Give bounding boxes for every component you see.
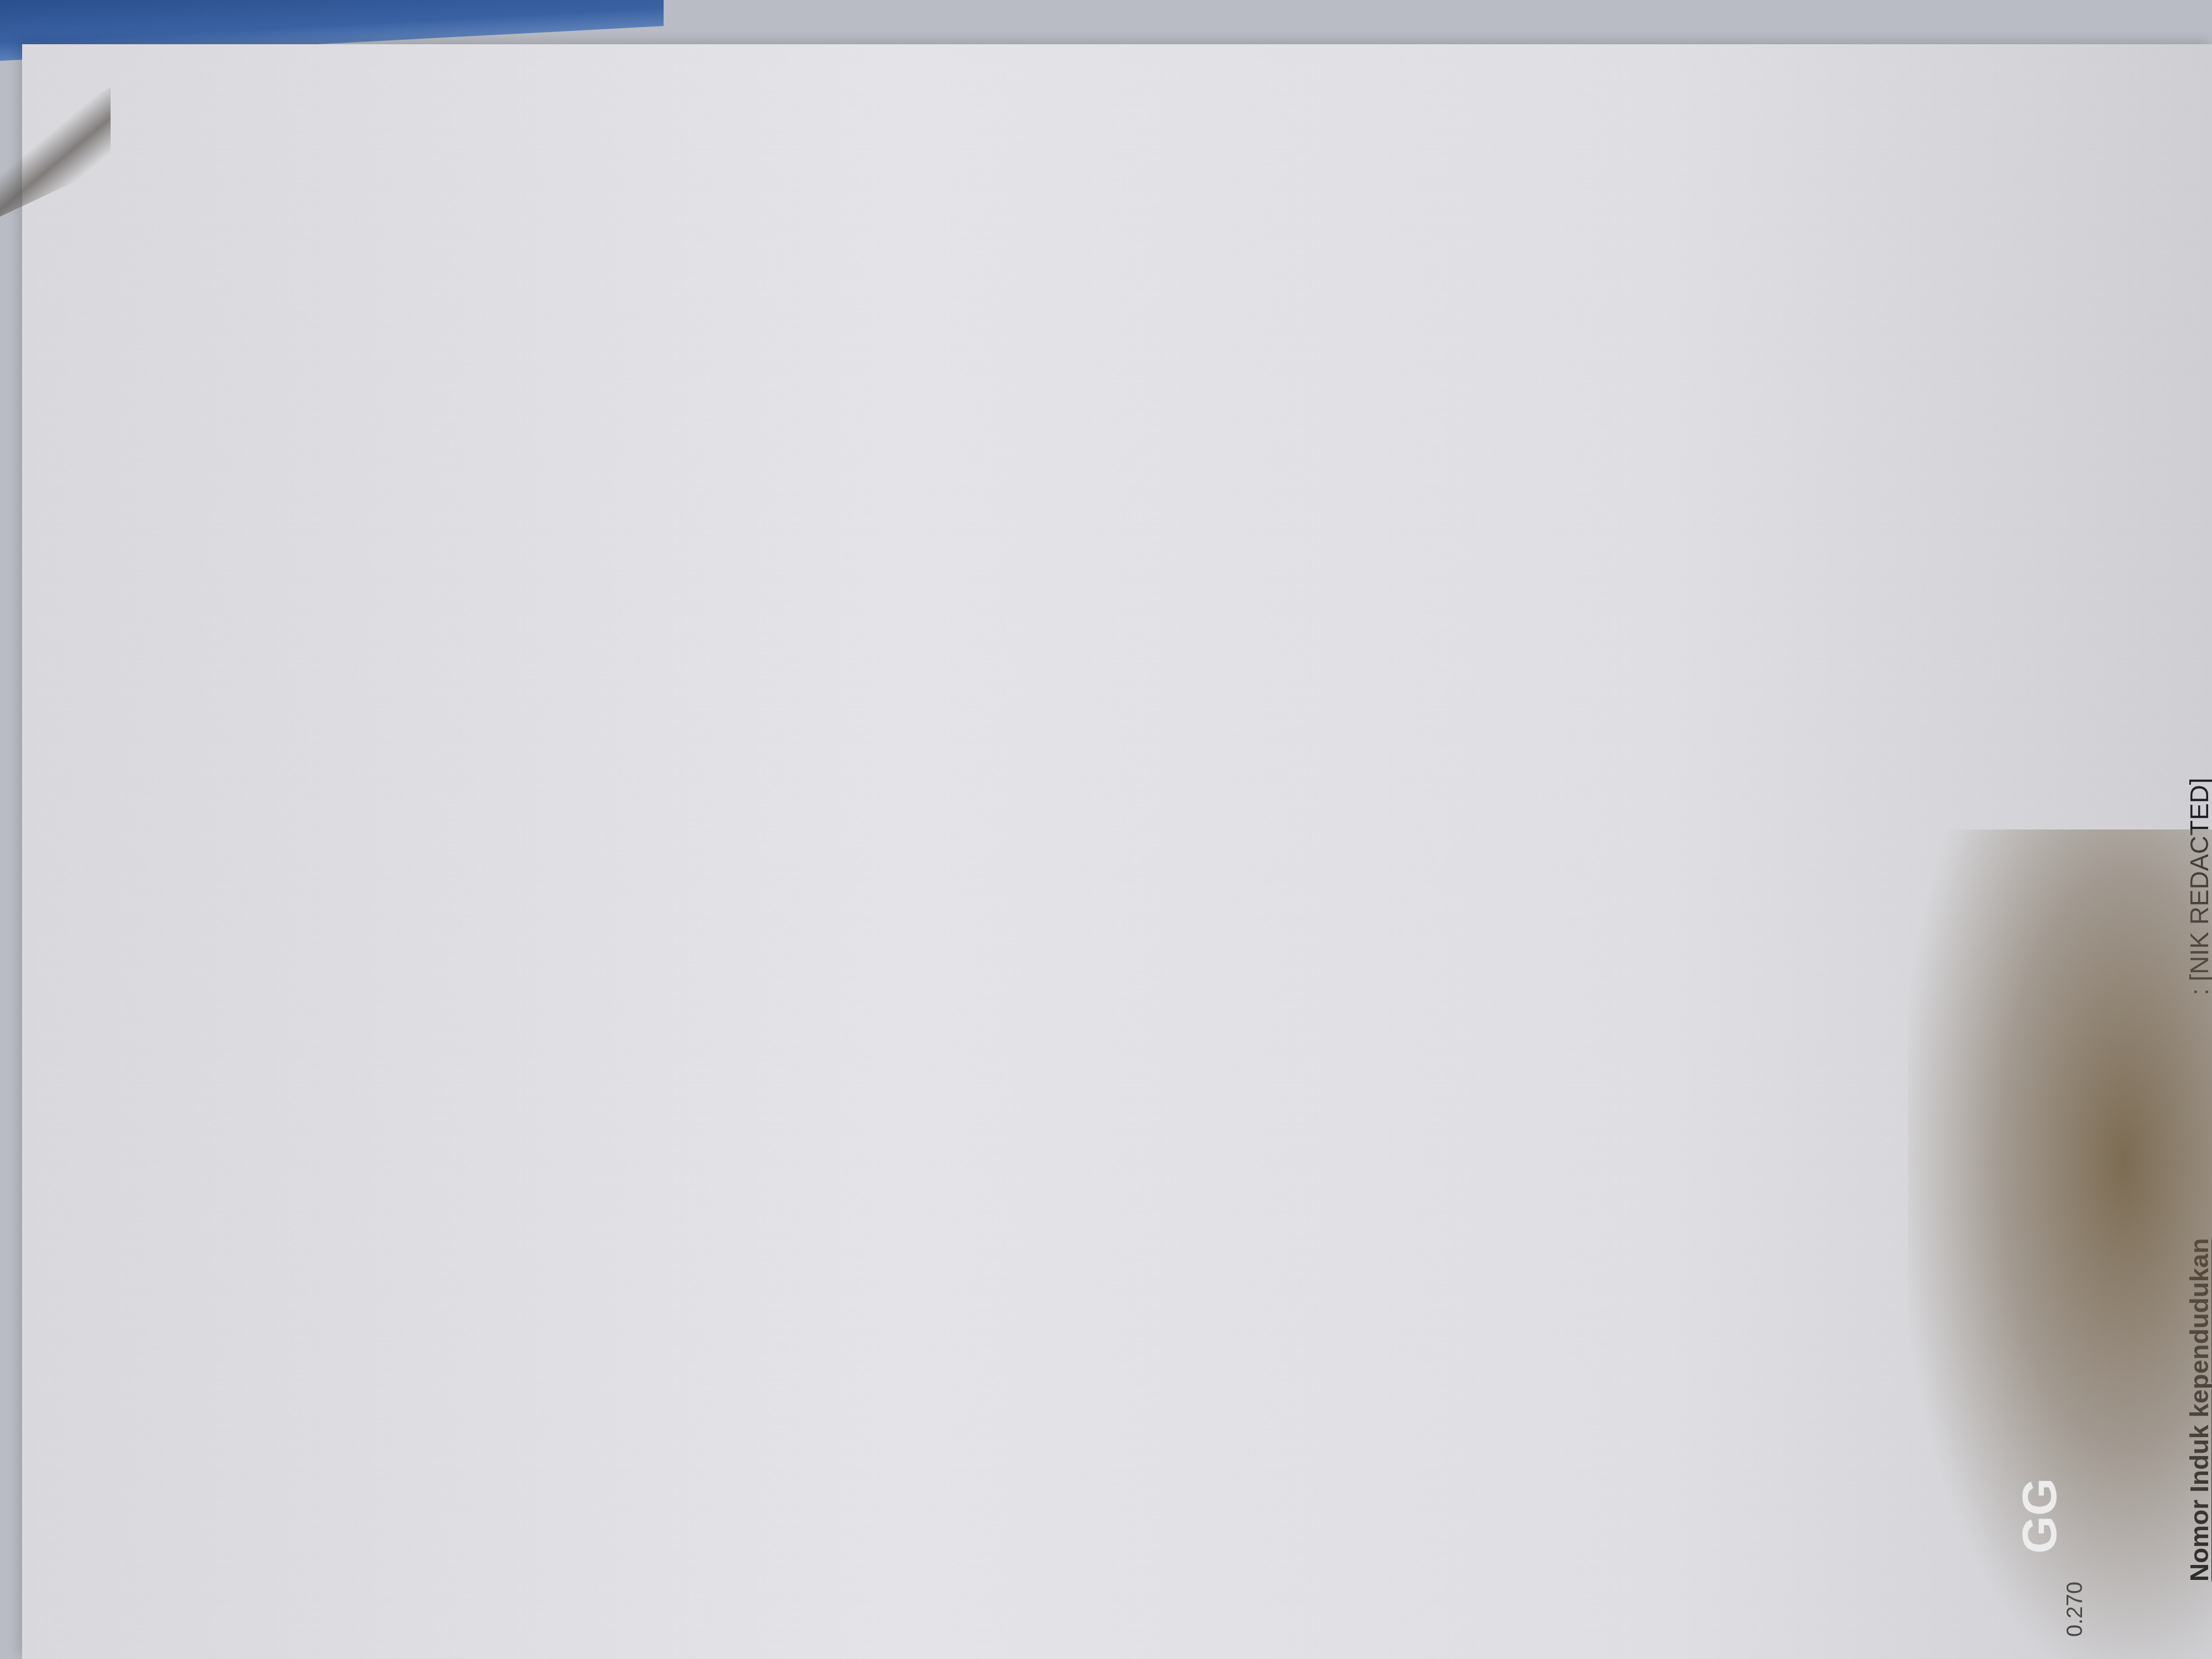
birth-certificate: 0.270 Nomor Induk kependudukan Personel …: [2046, 55, 2212, 1659]
serial-fragment: 0.270: [2063, 1582, 2088, 1637]
nik-value: : [NIK REDACTED]: [2184, 778, 2212, 995]
camera-watermark: GG: [2011, 1478, 2068, 1554]
nik-label: Nomor Induk kependudukan: [2184, 1238, 2212, 1582]
document-paper: [22, 44, 2212, 1659]
